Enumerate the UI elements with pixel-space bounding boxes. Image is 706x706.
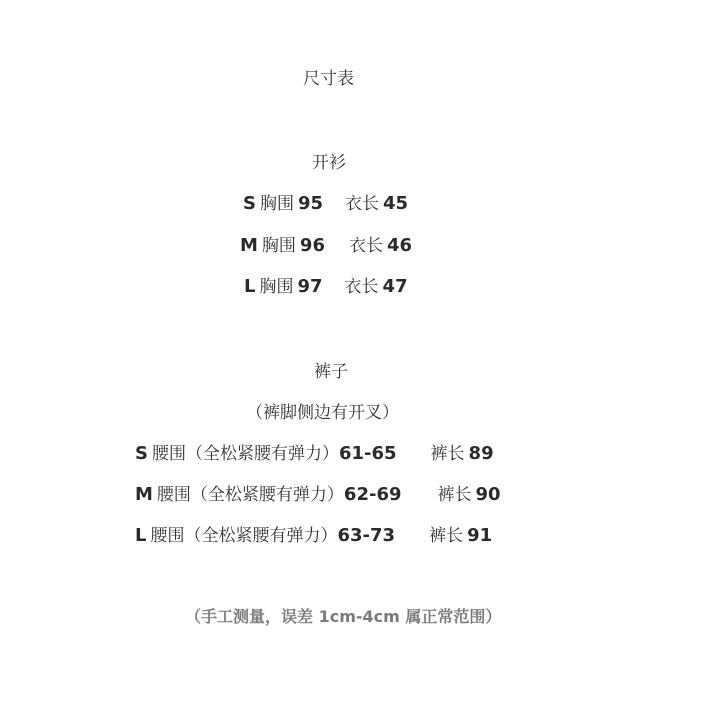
chest-label: 胸围: [262, 236, 296, 256]
length-label: 衣长: [349, 236, 383, 256]
length-value: 91: [467, 525, 492, 546]
length-label: 裤长: [431, 444, 465, 464]
size-label: S: [135, 443, 148, 464]
chest-label: 胸围: [259, 277, 293, 297]
chest-value: 96: [300, 235, 325, 256]
length-value: 47: [383, 276, 408, 297]
pants-row-l: L 腰围（全松紧腰有弹力）63-73 裤长 91: [135, 521, 492, 546]
length-value: 90: [476, 484, 501, 505]
cardigan-row-m: M 胸围 96 衣长 46: [240, 231, 412, 256]
chest-label: 胸围: [260, 194, 294, 214]
chest-value: 95: [298, 193, 323, 214]
pants-subheading: （裤脚侧边有开叉）: [246, 398, 399, 423]
chest-value: 97: [297, 276, 322, 297]
cardigan-row-s: S 胸围 95 衣长 45: [243, 189, 408, 214]
waist-value: 62-69: [344, 484, 402, 505]
waist-label: 腰围（全松紧腰有弹力）: [157, 485, 344, 505]
size-label: L: [135, 525, 146, 546]
page-title: 尺寸表: [303, 64, 354, 89]
size-label: M: [135, 484, 153, 505]
length-value: 46: [387, 235, 412, 256]
pants-row-s: S 腰围（全松紧腰有弹力）61-65 裤长 89: [135, 439, 494, 464]
size-label: L: [244, 276, 255, 297]
cardigan-row-l: L 胸围 97 衣长 47: [244, 272, 408, 297]
waist-value: 63-73: [337, 525, 395, 546]
cardigan-heading: 开衫: [312, 148, 346, 173]
length-label: 衣长: [345, 194, 379, 214]
waist-value: 61-65: [339, 443, 397, 464]
size-label: S: [243, 193, 256, 214]
waist-label: 腰围（全松紧腰有弹力）: [152, 444, 339, 464]
length-value: 89: [469, 443, 494, 464]
pants-row-m: M 腰围（全松紧腰有弹力）62-69 裤长 90: [135, 480, 501, 505]
length-value: 45: [383, 193, 408, 214]
pants-heading: 裤子: [314, 357, 348, 382]
waist-label: 腰围（全松紧腰有弹力）: [150, 526, 337, 546]
size-label: M: [240, 235, 258, 256]
length-label: 裤长: [438, 485, 472, 505]
measurement-note: （手工测量，误差 1cm-4cm 属正常范围）: [185, 604, 501, 627]
length-label: 衣长: [345, 277, 379, 297]
length-label: 裤长: [429, 526, 463, 546]
